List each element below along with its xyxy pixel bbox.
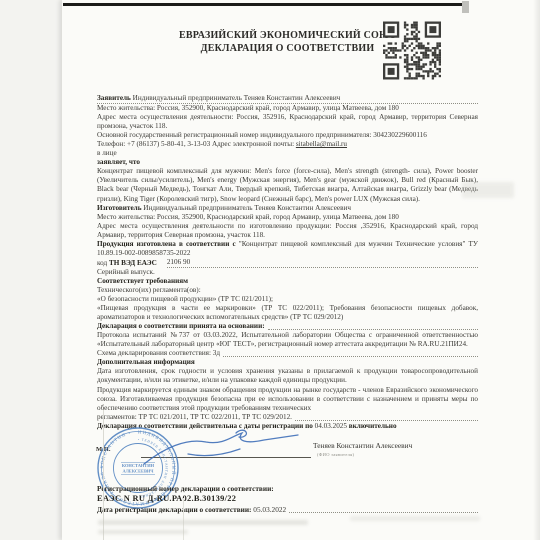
registration-number-label: Регистрационный номер декларации о соотв…	[97, 484, 478, 493]
scan-artifact	[462, 1, 469, 13]
in-person-line: в лице	[97, 149, 478, 158]
qr-code-icon	[383, 20, 441, 81]
applicant-phone: Телефон: +7 (86137) 5-80-41, 3-13-03	[97, 140, 210, 148]
regulation-1: «О безопасности пищевой продукции» (ТР Т…	[97, 295, 478, 304]
manufacturer-activity-address: Адрес места осуществления деятельности п…	[97, 222, 478, 240]
manufacturer-name: Индивидуальный предприниматель Теняев Ко…	[143, 204, 351, 212]
page-top-edge	[63, 3, 462, 6]
serial-release: Серийный выпуск.	[97, 268, 478, 277]
email-label: Адрес электронной почты:	[212, 140, 294, 148]
scan-smudge	[462, 182, 514, 198]
bleed-through-smudge	[98, 520, 308, 525]
production-standard: Продукция изготовлена в соответствии с "…	[97, 240, 478, 258]
registration-block: Регистрационный номер декларации о соотв…	[97, 484, 478, 514]
compliance-intro: Технического(их) регламента(ов):	[97, 286, 478, 295]
applicant-ogrn: Основной государственный регистрационный…	[97, 131, 478, 140]
additional-p1: Дата изготовления, срок годности и услов…	[97, 367, 478, 385]
applicant-name: Индивидуальный предприниматель Теняев Ко…	[133, 94, 341, 102]
regulation-2: «Пищевая продукция в части ее маркировки…	[97, 304, 478, 322]
applicant-residence: Место жительства: Россия, 352900, Красно…	[97, 104, 478, 113]
dotted-leader	[289, 512, 478, 513]
manufacturer-line: Изготовитель Индивидуальный предпринимат…	[97, 204, 478, 213]
scanned-document: ЕВРАЗИЙСКИЙ ЭКОНОМИЧЕСКИЙ СОЮЗ ДЕКЛАРАЦИ…	[0, 0, 540, 540]
document-body: Заявитель Индивидуальный предприниматель…	[97, 94, 478, 431]
dotted-leader	[223, 356, 478, 357]
page-right-shadow	[533, 0, 540, 540]
manufacturer-residence: Место жительства: Россия, 352900, Красно…	[97, 213, 478, 222]
basis-text: Протокола испытаний №737 от 03.03.2022, …	[97, 331, 478, 349]
registration-number: ЕАЭС N RU Д-RU.РА02.В.30139/22	[97, 494, 478, 503]
tnved-line: код ТН ВЭД ЕАЭС2106 90	[97, 258, 478, 268]
signatory-name: Теняев Константин Алексеевич	[313, 441, 412, 450]
applicant-label: Заявитель	[97, 94, 131, 102]
scheme-line: Схема декларирования соответствия: 3д	[97, 349, 478, 358]
applicant-line: Заявитель Индивидуальный предприниматель…	[97, 94, 478, 104]
bleed-through-smudge	[350, 516, 480, 521]
registration-date-line: Дата регистрации декларации о соответств…	[97, 505, 478, 514]
handwritten-signature	[128, 424, 323, 470]
bleed-through-smudge	[98, 530, 188, 534]
applicant-email: sitabella@mail.ru	[296, 140, 347, 148]
additional-p2: Продукция маркируется единым знаком обра…	[97, 386, 478, 413]
registration-date: 05.03.2022	[253, 505, 286, 514]
applicant-contacts: Телефон: +7 (86137) 5-80-41, 3-13-03 Адр…	[97, 140, 478, 149]
dotted-leader	[295, 420, 478, 421]
basis-label: Декларация о соответствии принята на осн…	[97, 322, 478, 331]
product-description: Концентрат пищевой комплексный для мужчи…	[97, 167, 478, 203]
tnved-code: 2106 90	[167, 258, 478, 268]
compliance-label: Соответствует требованиям	[97, 277, 478, 286]
applicant-activity-address: Адрес места осуществления деятельности: …	[97, 113, 478, 131]
additional-info-label: Дополнительная информация	[97, 358, 478, 367]
additional-p2-last: регламентов: ТР ТС 021/2011, ТР ТС 022/2…	[97, 413, 478, 422]
declares-label: заявляет, что	[97, 158, 478, 167]
manufacturer-label: Изготовитель	[97, 204, 142, 212]
dotted-leader	[268, 329, 478, 330]
